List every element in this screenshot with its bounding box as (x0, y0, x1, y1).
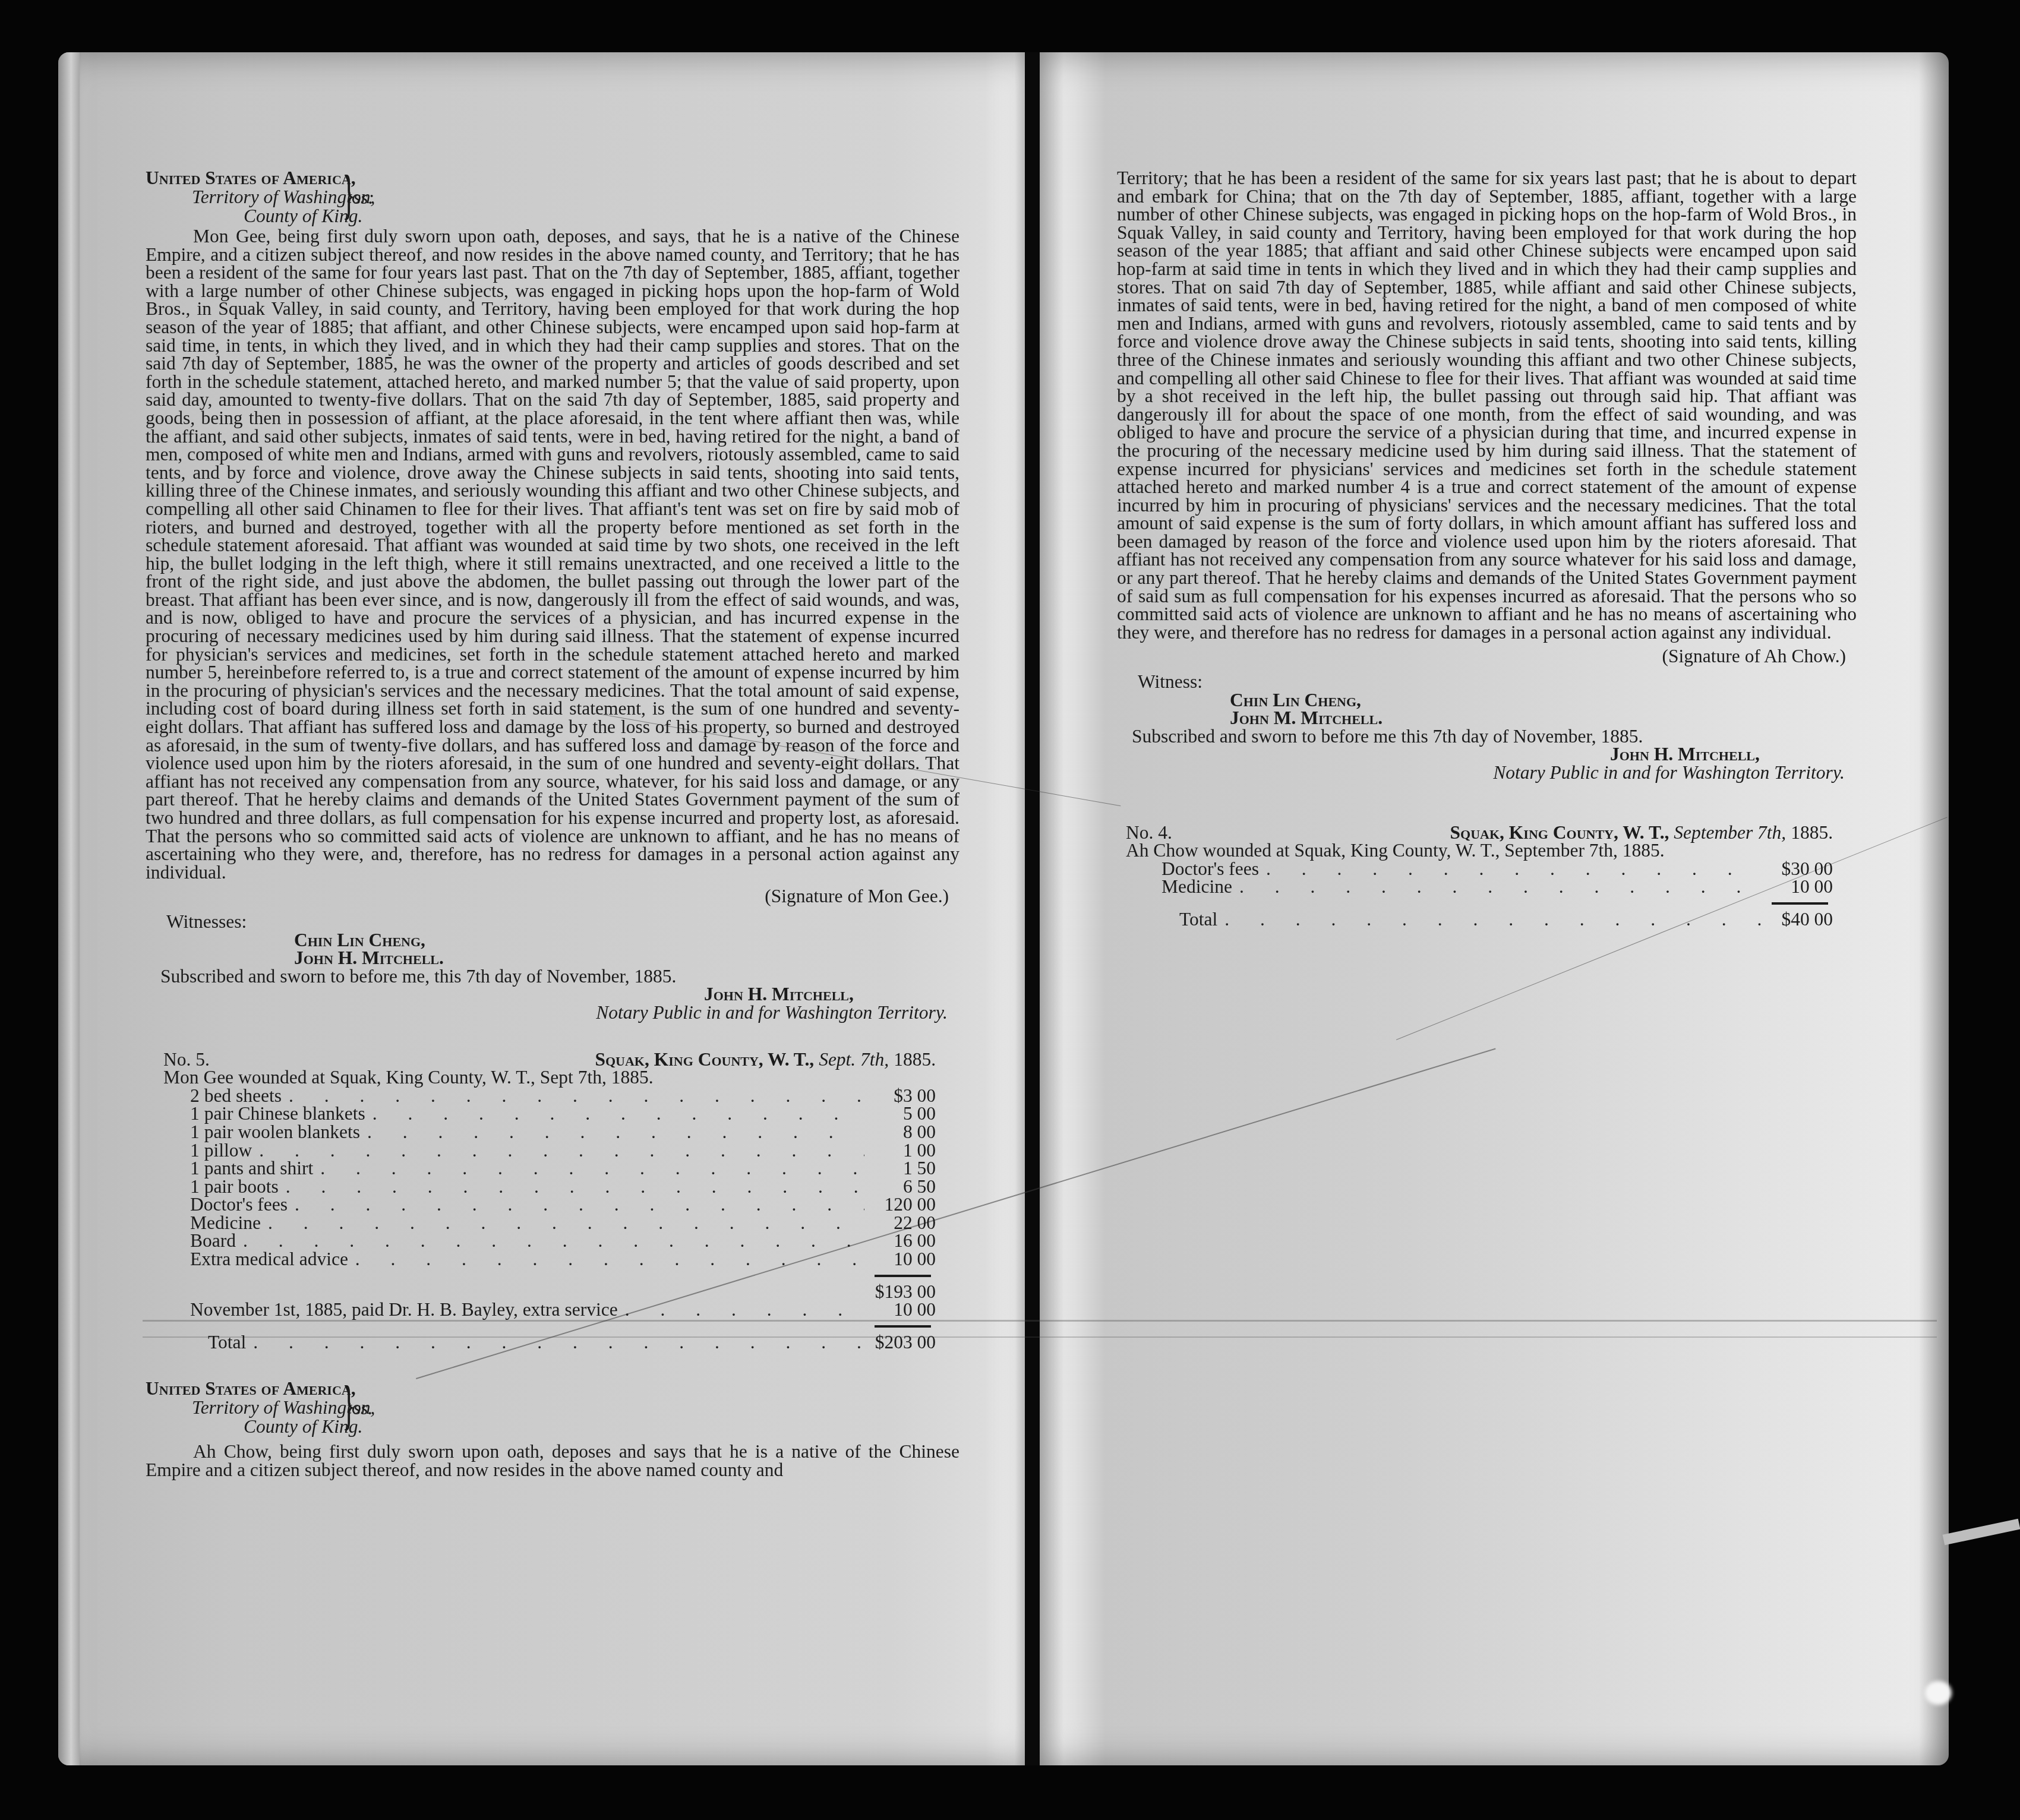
schedule-item: 1 pair boots. . . . . . . . . . . . . . … (190, 1178, 959, 1196)
leader-dots: . . . . . . . . . . . . . . . . . . . . … (246, 1334, 864, 1352)
leader-dots: . . . . . . . . . . . . . . . . . . . . … (313, 1159, 864, 1178)
leader-dots: . . . . . . . . . . . . . . . . . . . . … (360, 1123, 864, 1142)
leader-dots: . . . . . . . . . (618, 1301, 864, 1319)
schedule-item: Doctor's fees. . . . . . . . . . . . . .… (190, 1196, 959, 1214)
left-column: United States of America, Territory of W… (146, 169, 959, 1480)
schedule-item: 1 pillow. . . . . . . . . . . . . . . . … (190, 1142, 959, 1160)
schedule-number: No. 5. (163, 1051, 210, 1069)
schedule-subtotal: $193 00 (146, 1283, 959, 1301)
subscribed-statement: Subscribed and sworn to before me this 7… (1132, 728, 1857, 746)
venue-ss: ss. (353, 1399, 373, 1418)
leader-dots: . . . . . . . . . . . . . . . . . . . . … (252, 1142, 864, 1160)
sum-rule (875, 1325, 931, 1328)
page-tab (1943, 1519, 2020, 1546)
schedule-item: 2 bed sheets. . . . . . . . . . . . . . … (190, 1087, 959, 1105)
schedule-items: 2 bed sheets. . . . . . . . . . . . . . … (146, 1087, 959, 1269)
leader-dots: . . . . . . . . . . . . . . . . . . (1217, 911, 1762, 929)
schedule-header: No. 4. Squak, King County, W. T., Septem… (1126, 824, 1857, 842)
witness-label: Witness: (1138, 673, 1857, 691)
schedule-description: Mon Gee wounded at Squak, King County, W… (163, 1069, 959, 1087)
ah-chow-affidavit-start: Ah Chow, being first duly sworn upon oat… (146, 1443, 959, 1479)
signature-mon-gee: (Signature of Mon Gee.) (146, 887, 959, 906)
schedule-item: Extra medical advice. . . . . . . . . . … (190, 1250, 959, 1269)
signature-ah-chow: (Signature of Ah Chow.) (1117, 647, 1857, 666)
schedule-item: 1 pair woolen blankets. . . . . . . . . … (190, 1123, 959, 1142)
book-spine (1025, 52, 1040, 1765)
leader-dots: . . . . . . . . . . . . . . . . . . . . … (1259, 860, 1762, 879)
schedule-items: Doctor's fees. . . . . . . . . . . . . .… (1117, 860, 1857, 896)
witness-name: Chin Lin Cheng, (1230, 691, 1857, 710)
notary-title: Notary Public in and for Washington Terr… (146, 1004, 959, 1022)
venue-country: United States of America, (146, 169, 356, 188)
sum-rule (1772, 902, 1828, 905)
venue-ss: ss: (353, 189, 374, 207)
notary-name: John H. Mitchell, (1610, 745, 1857, 764)
notary-name: John H. Mitchell, (704, 985, 959, 1004)
leader-dots: . . . . . . . . . . . . . . . . . . . . … (236, 1232, 864, 1250)
schedule-description: Ah Chow wounded at Squak, King County, W… (1126, 842, 1857, 860)
schedule-place-date: Squak, King County, W. T., September 7th… (1450, 824, 1833, 842)
schedule-total: Total . . . . . . . . . . . . . . . . . … (1161, 911, 1857, 929)
sum-rule (875, 1275, 931, 1277)
schedule-item: Doctor's fees. . . . . . . . . . . . . .… (1161, 860, 1857, 879)
schedule-extra-item: November 1st, 1885, paid Dr. H. B. Bayle… (190, 1301, 959, 1319)
witness-name: John M. Mitchell. (1230, 709, 1857, 728)
subscribed-statement: Subscribed and sworn to before me, this … (160, 968, 959, 986)
schedule-header: No. 5. Squak, King County, W. T., Sept. … (163, 1051, 959, 1069)
ah-chow-affidavit-continued: Territory; that he has been a resident o… (1117, 169, 1857, 642)
leader-dots: . . . . . . . . . . . . . . . . . . . . … (261, 1214, 864, 1233)
schedule-item: 1 pants and shirt. . . . . . . . . . . .… (190, 1159, 959, 1178)
leader-dots: . . . . . . . . . . . . . . . . . . . . … (279, 1178, 864, 1196)
witnesses-label: Witnesses: (166, 913, 959, 931)
schedule-number: No. 4. (1126, 824, 1172, 842)
schedule-item: Medicine. . . . . . . . . . . . . . . . … (190, 1214, 959, 1233)
schedule-total: Total . . . . . . . . . . . . . . . . . … (190, 1334, 959, 1352)
venue-caption-2: United States of America, Territory of W… (146, 1380, 959, 1438)
glare-spot (1925, 1681, 1952, 1705)
schedule-place-date: Squak, King County, W. T., Sept. 7th, 18… (595, 1051, 936, 1069)
venue-country: United States of America, (146, 1380, 356, 1398)
leader-dots: . . . . . . . . . . . . . . . . . . . . … (288, 1196, 864, 1214)
right-column: Territory; that he has been a resident o… (1117, 169, 1857, 929)
notary-title: Notary Public in and for Washington Terr… (1117, 764, 1857, 782)
schedule-item: Medicine. . . . . . . . . . . . . . . . … (1161, 878, 1857, 896)
leader-dots: . . . . . . . . . . . . . . . . . . . . … (282, 1087, 864, 1105)
mon-gee-affidavit: Mon Gee, being first duly sworn upon oat… (146, 227, 959, 881)
witness-name: John H. Mitchell. (294, 949, 959, 968)
leader-dots: . . . . . . . . . . . . . . . . . . . . … (348, 1250, 864, 1269)
venue-caption: United States of America, Territory of W… (146, 169, 959, 227)
schedule-item: 1 pair Chinese blankets. . . . . . . . .… (190, 1105, 959, 1123)
schedule-item: Board. . . . . . . . . . . . . . . . . .… (190, 1232, 959, 1250)
witness-name: Chin Lin Cheng, (294, 931, 959, 950)
leader-dots: . . . . . . . . . . . . . . . . . . . . … (1232, 878, 1762, 896)
leader-dots: . . . . . . . . . . . . . . . . . . . . … (365, 1105, 864, 1123)
